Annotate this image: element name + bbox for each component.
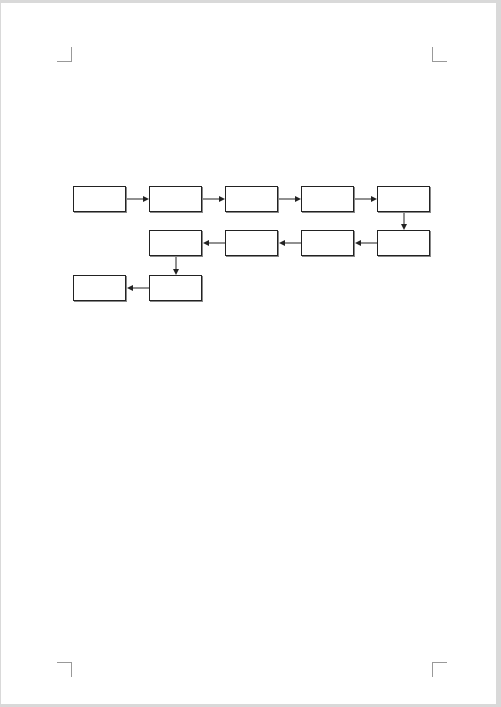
flow-step-first-transverse-stretch — [377, 186, 430, 212]
flow-step-longitudinal-stretch — [301, 186, 354, 212]
flowchart-arrows — [0, 0, 501, 707]
flow-step-second-transverse-stretch — [301, 230, 354, 256]
flow-step-extraction — [377, 230, 430, 256]
flow-step-feeding — [73, 186, 126, 212]
flow-step-extrusion — [149, 186, 202, 212]
flow-step-separator — [73, 275, 126, 301]
flow-step-casting — [225, 186, 278, 212]
flow-step-second-slitting — [149, 275, 202, 301]
flow-step-first-slitting — [149, 230, 202, 256]
flow-step-winding — [225, 230, 278, 256]
